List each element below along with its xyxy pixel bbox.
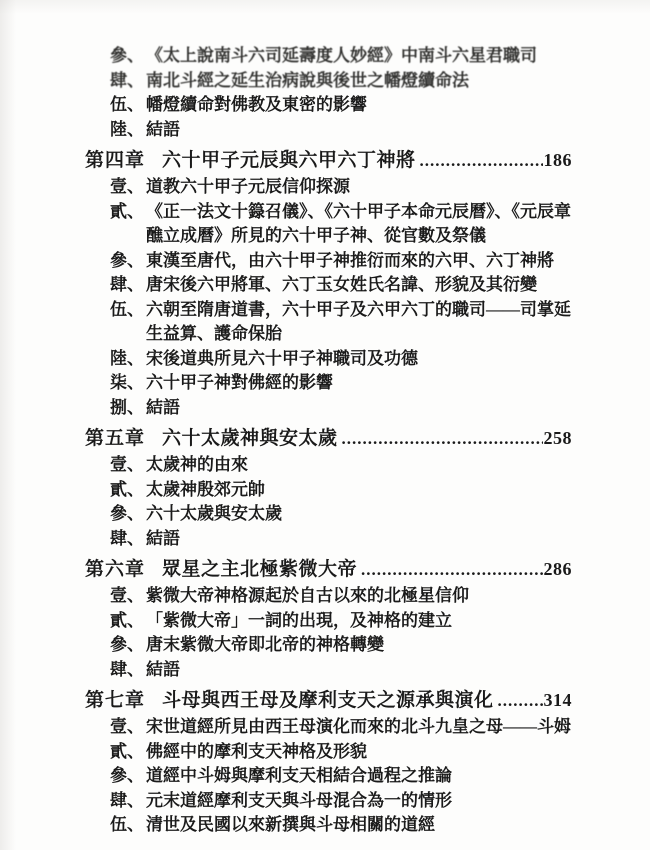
toc-item-text: 結語	[146, 118, 572, 143]
toc-item-text: 唐末紫微大帝即北帝的神格轉變	[146, 633, 572, 658]
chapter-page-number: 286	[544, 556, 573, 582]
toc-item-text: 《太上說南斗六司延壽度人妙經》中南斗六星君職司	[146, 44, 572, 69]
toc-item-text: 結語	[146, 396, 572, 421]
toc-item: 柒、 六十甲子神對佛經的影響	[85, 371, 572, 396]
toc-item-text: 宋後道典所見六十甲子神職司及功德	[146, 347, 572, 372]
toc-item: 陸、 結語	[85, 118, 572, 143]
toc-item-text: 東漢至唐代，由六十甲子神推衍而來的六甲、六丁神將	[146, 249, 572, 274]
toc-item-label: 肆、	[110, 527, 146, 552]
toc-item-label: 參、	[110, 764, 146, 789]
toc-item: 伍、 清世及民國以來新撰與斗母相關的道經	[85, 813, 572, 838]
toc-item-text: 六十甲子神對佛經的影響	[146, 371, 572, 396]
toc-item-label: 壹、	[110, 175, 146, 200]
toc-item: 肆、 元末道經摩利支天與斗母混合為一的情形	[85, 789, 572, 814]
toc-item-label: 貳、	[110, 200, 146, 225]
dot-leader: ........................................…	[420, 148, 543, 174]
toc-item: 壹、 宋世道經所見由西王母演化而來的北斗九皇之母——斗姆	[85, 715, 572, 740]
toc-item: 捌、 結語	[85, 396, 572, 421]
toc-item-label: 參、	[110, 249, 146, 274]
dot-leader: ........................................…	[361, 557, 542, 583]
toc-item-label: 捌、	[110, 396, 146, 421]
toc-item-label: 伍、	[110, 813, 146, 838]
toc-item: 肆、 唐宋後六甲將軍、六丁玉女姓氏名諱、形貌及其衍變	[85, 273, 572, 298]
chapter-number: 第四章	[85, 148, 145, 174]
chapter-heading: 第七章 斗母與西王母及摩利支天之源承與演化 ..................…	[85, 687, 572, 714]
toc-item: 貳、 太歲神殷郊元帥	[85, 478, 572, 503]
toc-item: 參、 道經中斗姆與摩利支天相結合過程之推論	[85, 764, 572, 789]
chapter-number: 第七章	[85, 688, 145, 714]
toc-item-text: 佛經中的摩利支天神格及形貌	[146, 740, 572, 765]
toc-item-label: 參、	[110, 502, 146, 527]
scanned-toc-page: 參、 《太上說南斗六司延壽度人妙經》中南斗六星君職司 肆、 南北斗經之延生治病說…	[0, 0, 650, 850]
toc-item: 壹、 太歲神的由來	[85, 453, 572, 478]
chapter-number: 第五章	[85, 426, 145, 452]
dot-leader: ........................................…	[498, 688, 543, 714]
toc-item: 貳、 「紫微大帝」一詞的出現，及神格的建立	[85, 609, 572, 634]
chapter-number: 第六章	[85, 557, 145, 583]
toc-item: 肆、 結語	[85, 658, 572, 683]
toc-item-text: 道教六十甲子元辰信仰探源	[146, 175, 572, 200]
toc-item-label: 參、	[110, 633, 146, 658]
chapter-title: 六十甲子元辰與六甲六丁神將	[162, 148, 416, 174]
chapter-title: 斗母與西王母及摩利支天之源承與演化	[162, 688, 494, 714]
toc-item-label: 肆、	[110, 658, 146, 683]
toc-item: 貳、 佛經中的摩利支天神格及形貌	[85, 740, 572, 765]
toc-item-label: 陸、	[110, 347, 146, 372]
toc-item: 參、 唐末紫微大帝即北帝的神格轉變	[85, 633, 572, 658]
toc-item: 參、 《太上說南斗六司延壽度人妙經》中南斗六星君職司	[85, 44, 572, 69]
toc-item-text: 《正一法文十籙召儀》、《六十甲子本命元辰曆》、《元辰章醮立成曆》所見的六十甲子神…	[146, 200, 572, 249]
toc-item: 參、 東漢至唐代，由六十甲子神推衍而來的六甲、六丁神將	[85, 249, 572, 274]
toc-item: 參、 六十太歲與安太歲	[85, 502, 572, 527]
toc-item-label: 貳、	[110, 609, 146, 634]
toc-item-label: 肆、	[110, 69, 146, 94]
toc-item-label: 伍、	[110, 93, 146, 118]
toc-item-label: 貳、	[110, 740, 146, 765]
toc-item-text: 南北斗經之延生治病說與後世之幡燈續命法	[146, 69, 572, 94]
toc-item-label: 陸、	[110, 118, 146, 143]
toc-item-text: 道經中斗姆與摩利支天相結合過程之推論	[146, 764, 572, 789]
toc-item-text: 六朝至隋唐道書，六十甲子及六甲六丁的職司——司掌延生益算、護命保胎	[146, 298, 572, 347]
toc-item-label: 壹、	[110, 715, 146, 740]
toc-item-label: 壹、	[110, 453, 146, 478]
toc-item: 壹、 紫微大帝神格源起於自古以來的北極星信仰	[85, 584, 572, 609]
toc-item-text: 結語	[146, 527, 572, 552]
chapter-heading: 第五章 六十太歲神與安太歲 ..........................…	[85, 425, 572, 452]
toc-item-label: 參、	[110, 44, 146, 69]
toc-item-label: 貳、	[110, 478, 146, 503]
chapter-page-number: 186	[544, 147, 573, 173]
chapter-heading: 第六章 眾星之主北極紫微大帝 .........................…	[85, 556, 572, 583]
toc-item: 貳、 《正一法文十籙召儀》、《六十甲子本命元辰曆》、《元辰章醮立成曆》所見的六十…	[85, 200, 572, 249]
toc-item-label: 肆、	[110, 273, 146, 298]
toc-item-text: 結語	[146, 658, 572, 683]
toc-item-text: 六十太歲與安太歲	[146, 502, 572, 527]
toc-item-text: 太歲神殷郊元帥	[146, 478, 572, 503]
toc-item: 肆、 結語	[85, 527, 572, 552]
toc-item-label: 柒、	[110, 371, 146, 396]
toc-item-text: 紫微大帝神格源起於自古以來的北極星信仰	[146, 584, 572, 609]
toc-item-label: 伍、	[110, 298, 146, 323]
chapter-title: 眾星之主北極紫微大帝	[162, 557, 357, 583]
toc-item-text: 唐宋後六甲將軍、六丁玉女姓氏名諱、形貌及其衍變	[146, 273, 572, 298]
chapter-title: 六十太歲神與安太歲	[162, 426, 338, 452]
toc-item-label: 肆、	[110, 789, 146, 814]
toc-item-text: 清世及民國以來新撰與斗母相關的道經	[146, 813, 572, 838]
toc-item: 肆、 南北斗經之延生治病說與後世之幡燈續命法	[85, 69, 572, 94]
toc-item-label: 壹、	[110, 584, 146, 609]
toc-item-text: 「紫微大帝」一詞的出現，及神格的建立	[146, 609, 572, 634]
toc-item-text: 元末道經摩利支天與斗母混合為一的情形	[146, 789, 572, 814]
toc-item-text: 宋世道經所見由西王母演化而來的北斗九皇之母——斗姆	[146, 715, 572, 740]
dot-leader: ........................................…	[342, 426, 543, 452]
toc-item: 伍、 六朝至隋唐道書，六十甲子及六甲六丁的職司——司掌延生益算、護命保胎	[85, 298, 572, 347]
toc-item: 陸、 宋後道典所見六十甲子神職司及功德	[85, 347, 572, 372]
toc-item: 伍、 幡燈續命對佛教及東密的影響	[85, 93, 572, 118]
chapter-page-number: 258	[544, 425, 573, 451]
chapter-page-number: 314	[544, 687, 573, 713]
toc-item: 壹、 道教六十甲子元辰信仰探源	[85, 175, 572, 200]
toc-item-text: 幡燈續命對佛教及東密的影響	[146, 93, 572, 118]
toc-content: 參、 《太上說南斗六司延壽度人妙經》中南斗六星君職司 肆、 南北斗經之延生治病說…	[85, 44, 572, 838]
toc-item-text: 太歲神的由來	[146, 453, 572, 478]
chapter-heading: 第四章 六十甲子元辰與六甲六丁神將 ......................…	[85, 147, 572, 174]
